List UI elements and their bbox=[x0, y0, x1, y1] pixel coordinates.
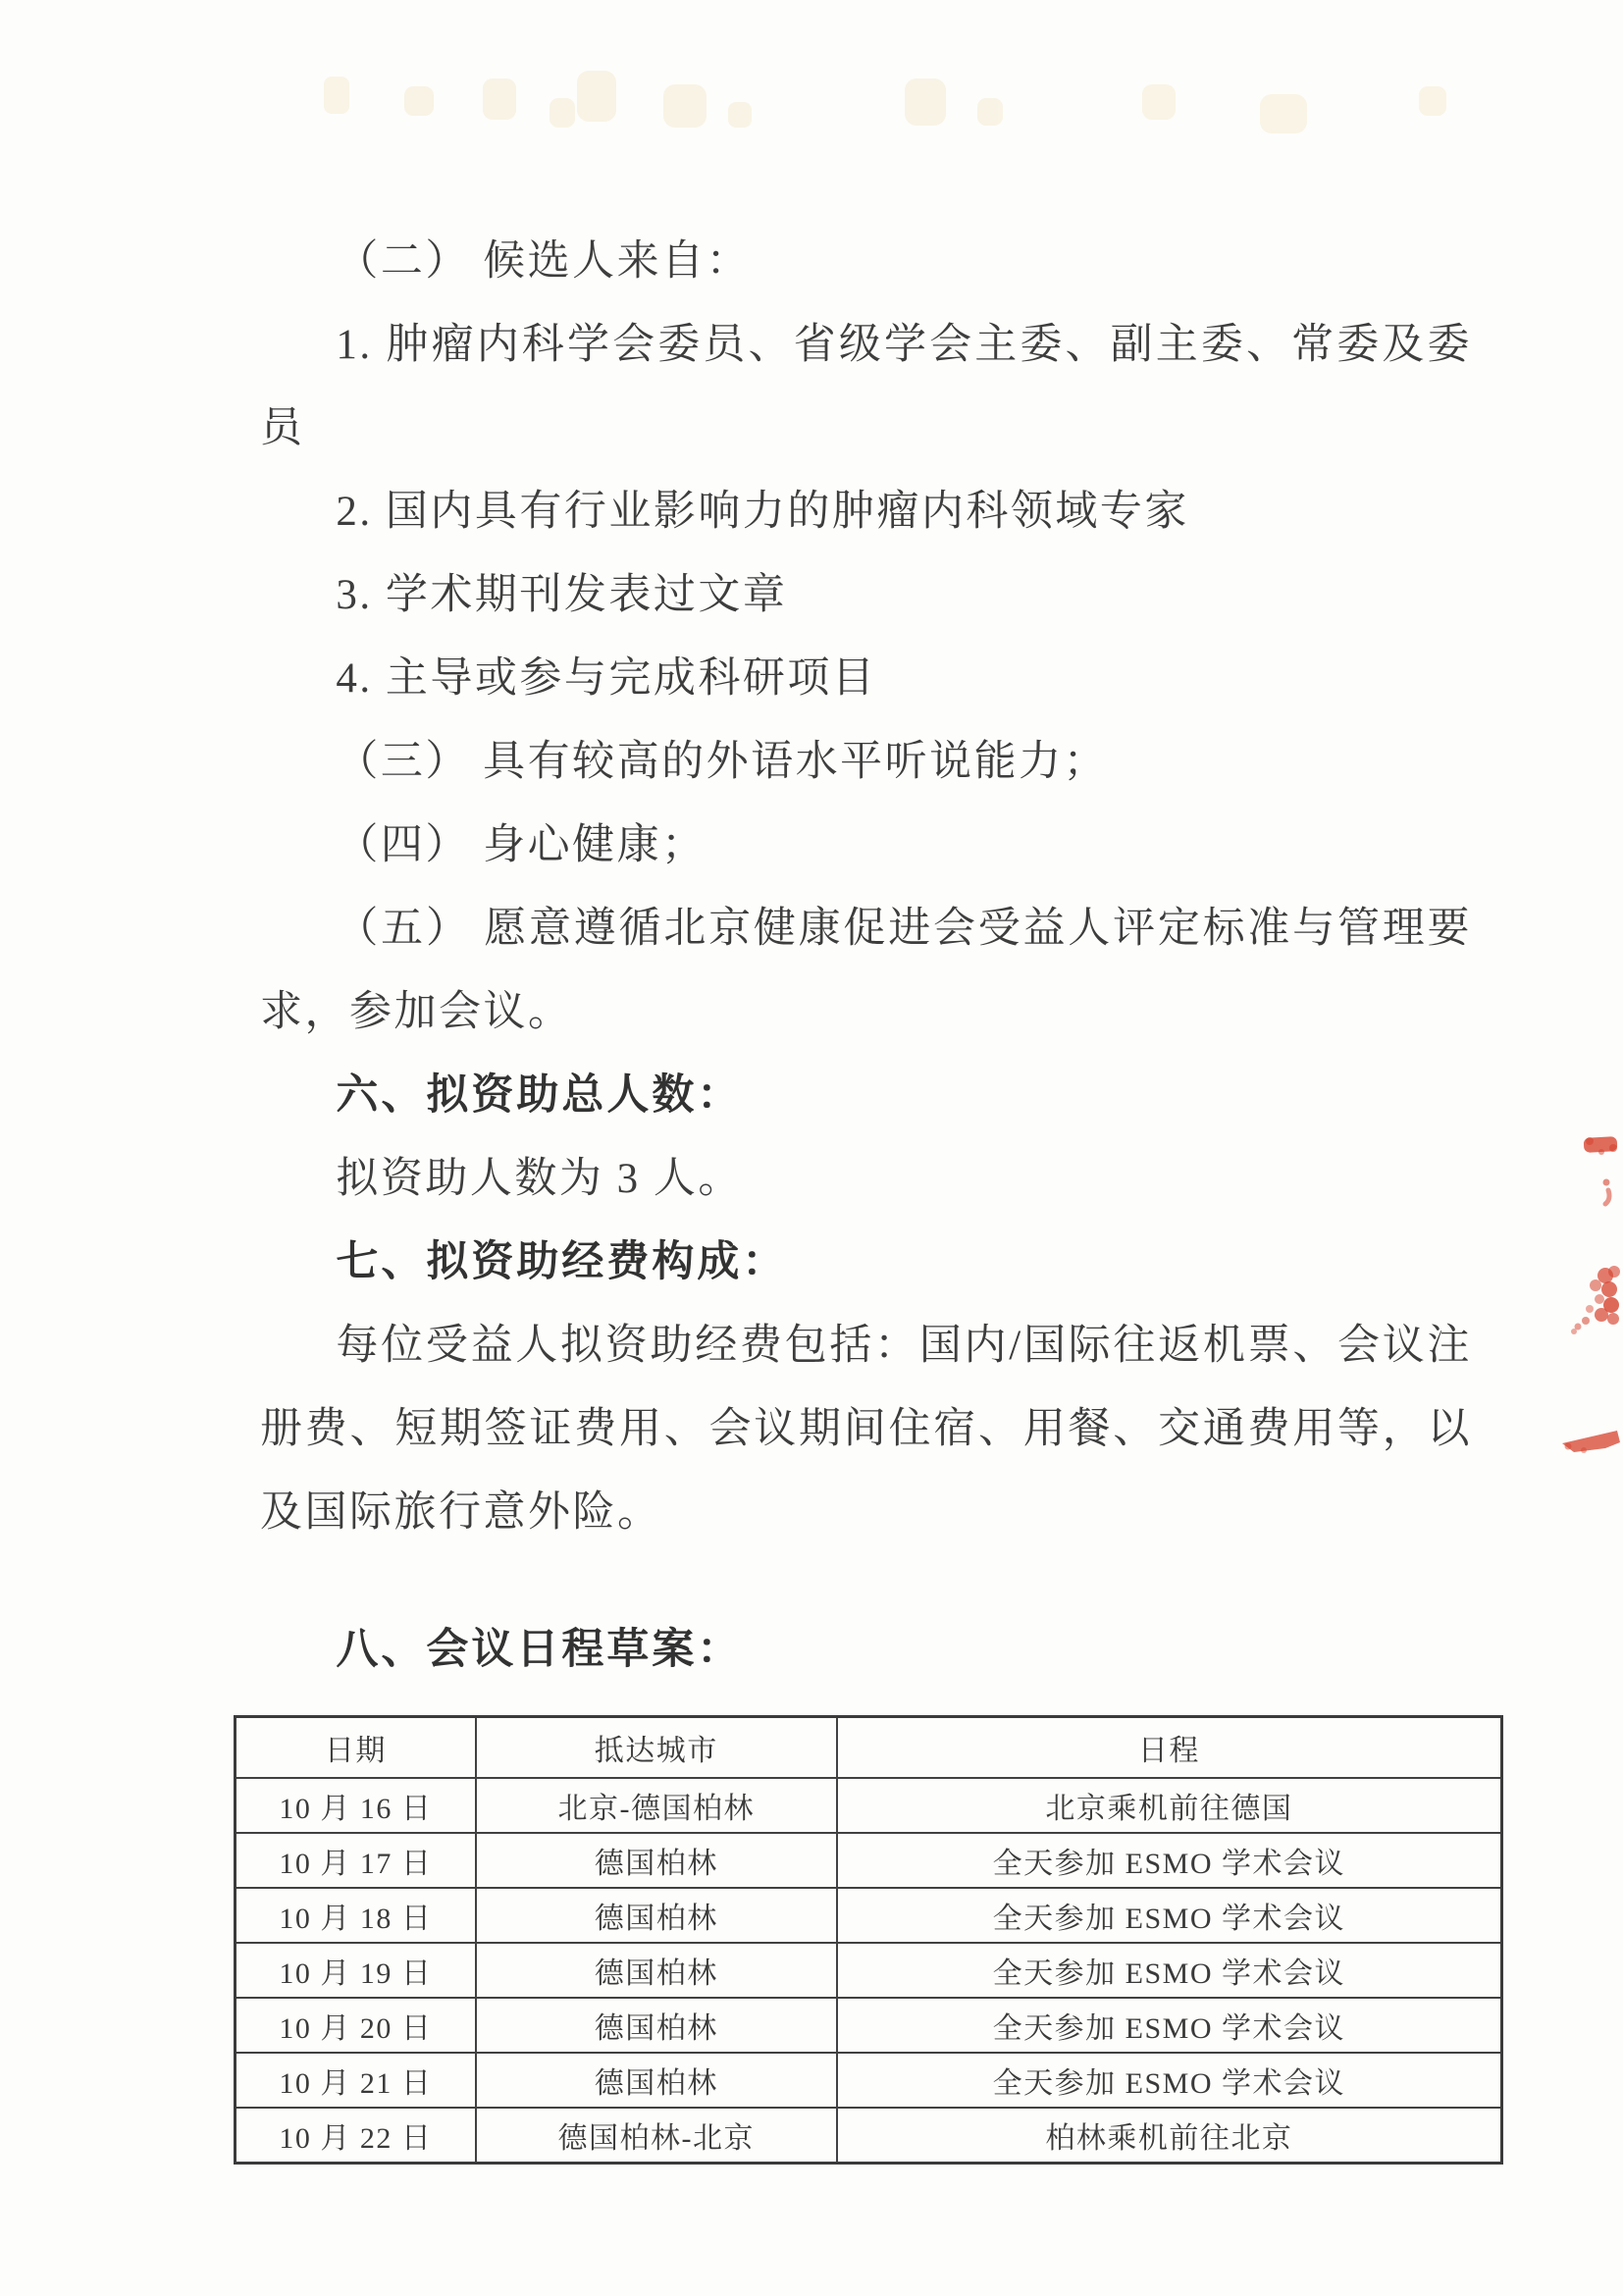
col-header-itinerary: 日程 bbox=[837, 1717, 1502, 1779]
table-row: 10 月 17 日 德国柏林 全天参加 ESMO 学术会议 bbox=[236, 1833, 1502, 1888]
cell-date: 10 月 20 日 bbox=[236, 1998, 476, 2053]
cell-itinerary: 全天参加 ESMO 学术会议 bbox=[837, 1943, 1502, 1998]
red-stamp-mark-blob bbox=[1571, 1266, 1620, 1334]
cell-itinerary: 北京乘机前往德国 bbox=[837, 1778, 1502, 1833]
cell-city: 德国柏林 bbox=[476, 1943, 837, 1998]
col-header-city: 抵达城市 bbox=[476, 1717, 837, 1779]
table-row: 10 月 20 日 德国柏林 全天参加 ESMO 学术会议 bbox=[236, 1998, 1502, 2053]
criteria-item-3: 3. 学术期刊发表过文章 bbox=[260, 553, 1472, 637]
section-7-heading: 七、拟资助经费构成： bbox=[260, 1221, 1472, 1304]
red-stamp-mark-dash-lower bbox=[1562, 1431, 1620, 1453]
cell-date: 10 月 18 日 bbox=[236, 1888, 476, 1943]
criteria-item-4: 4. 主导或参与完成科研项目 bbox=[260, 637, 1472, 720]
cell-date: 10 月 16 日 bbox=[236, 1778, 476, 1833]
col-header-date: 日期 bbox=[236, 1717, 476, 1779]
cell-city: 德国柏林-北京 bbox=[476, 2108, 837, 2164]
cell-itinerary: 全天参加 ESMO 学术会议 bbox=[837, 2053, 1502, 2108]
table-row: 10 月 19 日 德国柏林 全天参加 ESMO 学术会议 bbox=[236, 1943, 1502, 1998]
scanned-document-page: （二） 候选人来自： 1. 肿瘤内科学会委员、省级学会主委、副主委、常委及委员 … bbox=[0, 0, 1623, 2296]
cell-itinerary: 全天参加 ESMO 学术会议 bbox=[837, 1833, 1502, 1888]
section-6-text: 拟资助人数为 3 人。 bbox=[260, 1137, 1472, 1221]
criteria-item-2: 2. 国内具有行业影响力的肿瘤内科领域专家 bbox=[260, 470, 1472, 553]
cell-city: 德国柏林 bbox=[476, 1998, 837, 2053]
table-row: 10 月 21 日 德国柏林 全天参加 ESMO 学术会议 bbox=[236, 2053, 1502, 2108]
section-8-heading: 八、会议日程草案： bbox=[260, 1608, 1472, 1692]
clause-2-heading: （二） 候选人来自： bbox=[260, 220, 1472, 303]
criteria-item-1: 1. 肿瘤内科学会委员、省级学会主委、副主委、常委及委员 bbox=[260, 303, 1472, 470]
table-row: 10 月 18 日 德国柏林 全天参加 ESMO 学术会议 bbox=[236, 1888, 1502, 1943]
cell-date: 10 月 21 日 bbox=[236, 2053, 476, 2108]
cell-itinerary: 全天参加 ESMO 学术会议 bbox=[837, 1998, 1502, 2053]
table-header-row: 日期 抵达城市 日程 bbox=[236, 1717, 1502, 1779]
cell-city: 德国柏林 bbox=[476, 1888, 837, 1943]
red-stamp-mark-dash-upper bbox=[1584, 1136, 1618, 1155]
cell-city: 德国柏林 bbox=[476, 2053, 837, 2108]
clause-5-paragraph: （五） 愿意遵循北京健康促进会受益人评定标准与管理要求，参加会议。 bbox=[260, 887, 1472, 1054]
table-row: 10 月 22 日 德国柏林-北京 柏林乘机前往北京 bbox=[236, 2108, 1502, 2164]
cell-itinerary: 全天参加 ESMO 学术会议 bbox=[837, 1888, 1502, 1943]
document-body: （二） 候选人来自： 1. 肿瘤内科学会委员、省级学会主委、副主委、常委及委员 … bbox=[260, 220, 1472, 2165]
red-stamp-mark-tick bbox=[1603, 1179, 1610, 1205]
cell-date: 10 月 17 日 bbox=[236, 1833, 476, 1888]
cell-date: 10 月 22 日 bbox=[236, 2108, 476, 2164]
clause-4-heading: （四） 身心健康； bbox=[260, 804, 1472, 887]
cell-city: 德国柏林 bbox=[476, 1833, 837, 1888]
clause-3-heading: （三） 具有较高的外语水平听说能力； bbox=[260, 720, 1472, 804]
section-7-text: 每位受益人拟资助经费包括：国内/国际往返机票、会议注册费、短期签证费用、会议期间… bbox=[260, 1304, 1472, 1554]
schedule-table: 日期 抵达城市 日程 10 月 16 日 北京-德国柏林 北京乘机前往德国 10… bbox=[234, 1715, 1503, 2165]
table-row: 10 月 16 日 北京-德国柏林 北京乘机前往德国 bbox=[236, 1778, 1502, 1833]
cell-city: 北京-德国柏林 bbox=[476, 1778, 837, 1833]
bleed-through-smudge-top bbox=[324, 71, 1446, 133]
cell-itinerary: 柏林乘机前往北京 bbox=[837, 2108, 1502, 2164]
cell-date: 10 月 19 日 bbox=[236, 1943, 476, 1998]
section-6-heading: 六、拟资助总人数： bbox=[260, 1054, 1472, 1137]
